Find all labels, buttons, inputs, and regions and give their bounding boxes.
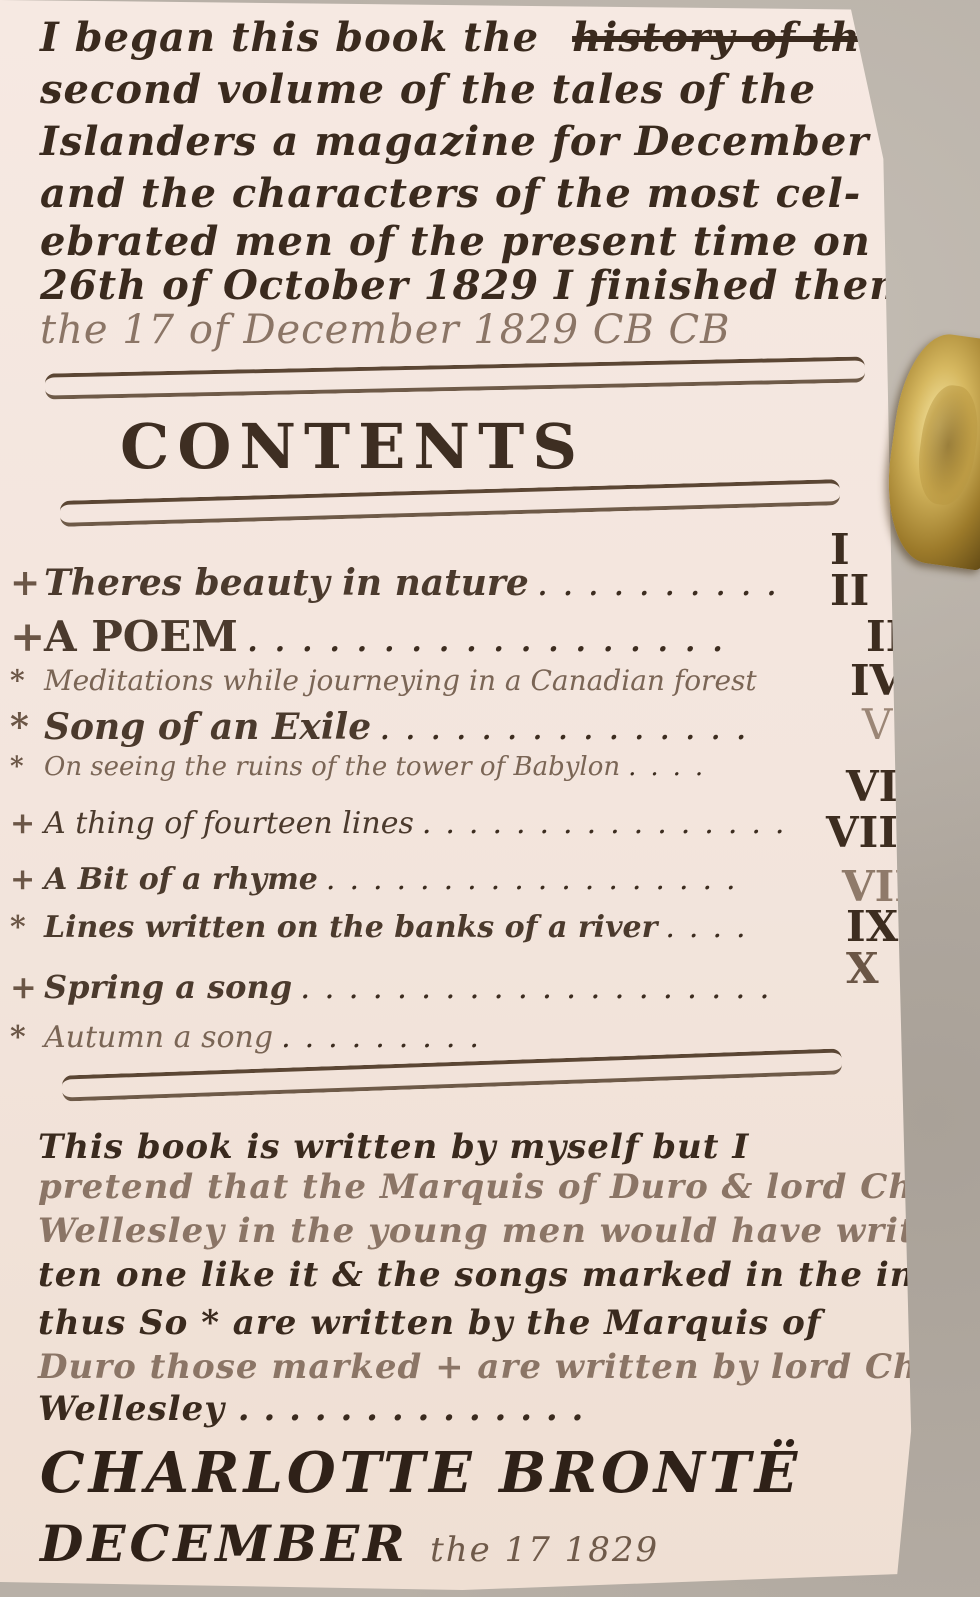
toc-title: A Bit of a rhyme — [44, 862, 318, 897]
toc-mark: + — [10, 968, 44, 1006]
toc-mark: + — [10, 612, 44, 661]
toc-entry: + Spring a song .................... — [10, 968, 810, 1006]
double-rule-contents — [60, 479, 840, 527]
toc-number: V — [862, 700, 892, 749]
toc-title: Song of an Exile — [44, 706, 371, 748]
toc-leader-dots: .................. — [246, 612, 810, 661]
intro-line-text: I began this book the — [40, 14, 539, 61]
toc-entry: * Song of an Exile ............... — [10, 706, 810, 748]
double-rule-bottom — [62, 1048, 842, 1101]
toc-mark: * — [10, 910, 44, 945]
toc-mark: * — [10, 1020, 44, 1055]
toc-entry: * Lines written on the banks of a river … — [10, 910, 810, 945]
toc-mark: * — [10, 664, 44, 697]
toc-leader-dots: ................ — [422, 806, 810, 841]
closing-line-6: Duro those marked + are written by lord … — [38, 1350, 980, 1384]
closing-line-7: Wellesley . . . . . . . . . . . . . . — [38, 1392, 584, 1426]
toc-entry: + A Bit of a rhyme .................. — [10, 862, 810, 897]
toc-leader-dots: ................ — [281, 1020, 490, 1055]
intro-line-7: the 17 of December 1829 CB CB — [40, 310, 731, 350]
date-line: DECEMBER the 17 1829 — [40, 1514, 659, 1573]
toc-mark: + — [10, 562, 44, 604]
toc-number: VII — [826, 808, 898, 857]
toc-entry: * Meditations while journeying in a Cana… — [10, 664, 810, 697]
toc-leader-dots: .......... — [537, 563, 810, 604]
date-month: DECEMBER — [40, 1514, 409, 1573]
toc-number: VI — [846, 762, 898, 811]
toc-title: Lines written on the banks of a river — [44, 910, 657, 945]
toc-leader-dots: .................... — [300, 968, 810, 1006]
intro-line-5: ebrated men of the present time on the — [40, 222, 962, 262]
toc-title: Meditations while journeying in a Canadi… — [44, 664, 757, 697]
toc-number: II — [830, 566, 869, 615]
clasp-highlight — [913, 382, 980, 508]
toc-mark: * — [10, 752, 44, 782]
closing-line-5: thus So * are written by the Marquis of — [38, 1306, 821, 1340]
contents-heading: CONTENTS — [120, 410, 585, 483]
toc-entry: + A POEM .................. — [10, 612, 810, 661]
intro-line-6: 26th of October 1829 I finished them all… — [40, 266, 980, 306]
toc-leader-dots: ............... — [379, 707, 810, 748]
toc-mark: * — [10, 706, 44, 748]
date-day-year: the 17 1829 — [430, 1530, 659, 1570]
toc-entry: * On seeing the ruins of the tower of Ba… — [10, 752, 810, 782]
intro-line-1: I began this book the history of the — [40, 18, 887, 58]
signature: CHARLOTTE BRONTË — [40, 1440, 801, 1506]
intro-line-2: second volume of the tales of the — [40, 70, 816, 110]
closing-line-2: pretend that the Marquis of Duro & lord … — [38, 1170, 980, 1204]
toc-leader-dots: .... — [665, 910, 810, 945]
toc-title: Spring a song — [44, 968, 292, 1006]
toc-entry: * Autumn a song ................ — [10, 1020, 490, 1055]
closing-line-1: This book is written by myself but I — [38, 1130, 749, 1164]
toc-entry: + Theres beauty in nature .......... — [10, 562, 810, 604]
closing-line-4: ten one like it & the songs marked in th… — [38, 1258, 980, 1292]
closing-line-3: Wellesley in the young men would have wr… — [38, 1214, 931, 1248]
manuscript-page: I began this book the history of the sec… — [0, 0, 925, 1590]
toc-leader-dots: .... — [628, 752, 810, 782]
double-rule-top — [45, 356, 865, 399]
intro-line-3: Islanders a magazine for December — [40, 122, 869, 162]
toc-mark: + — [10, 862, 44, 897]
toc-title: On seeing the ruins of the tower of Baby… — [44, 752, 620, 782]
toc-number: X — [846, 944, 879, 993]
intro-line-4: and the characters of the most cel- — [40, 174, 861, 214]
struck-text: history of the — [572, 14, 887, 61]
toc-entry: + A thing of fourteen lines ............… — [10, 806, 810, 841]
toc-mark: + — [10, 806, 44, 841]
toc-title: Autumn a song — [44, 1020, 273, 1055]
toc-title: A thing of fourteen lines — [44, 806, 414, 841]
toc-title: Theres beauty in nature — [44, 562, 529, 604]
toc-leader-dots: .................. — [326, 862, 810, 897]
toc-title: A POEM — [44, 612, 238, 661]
